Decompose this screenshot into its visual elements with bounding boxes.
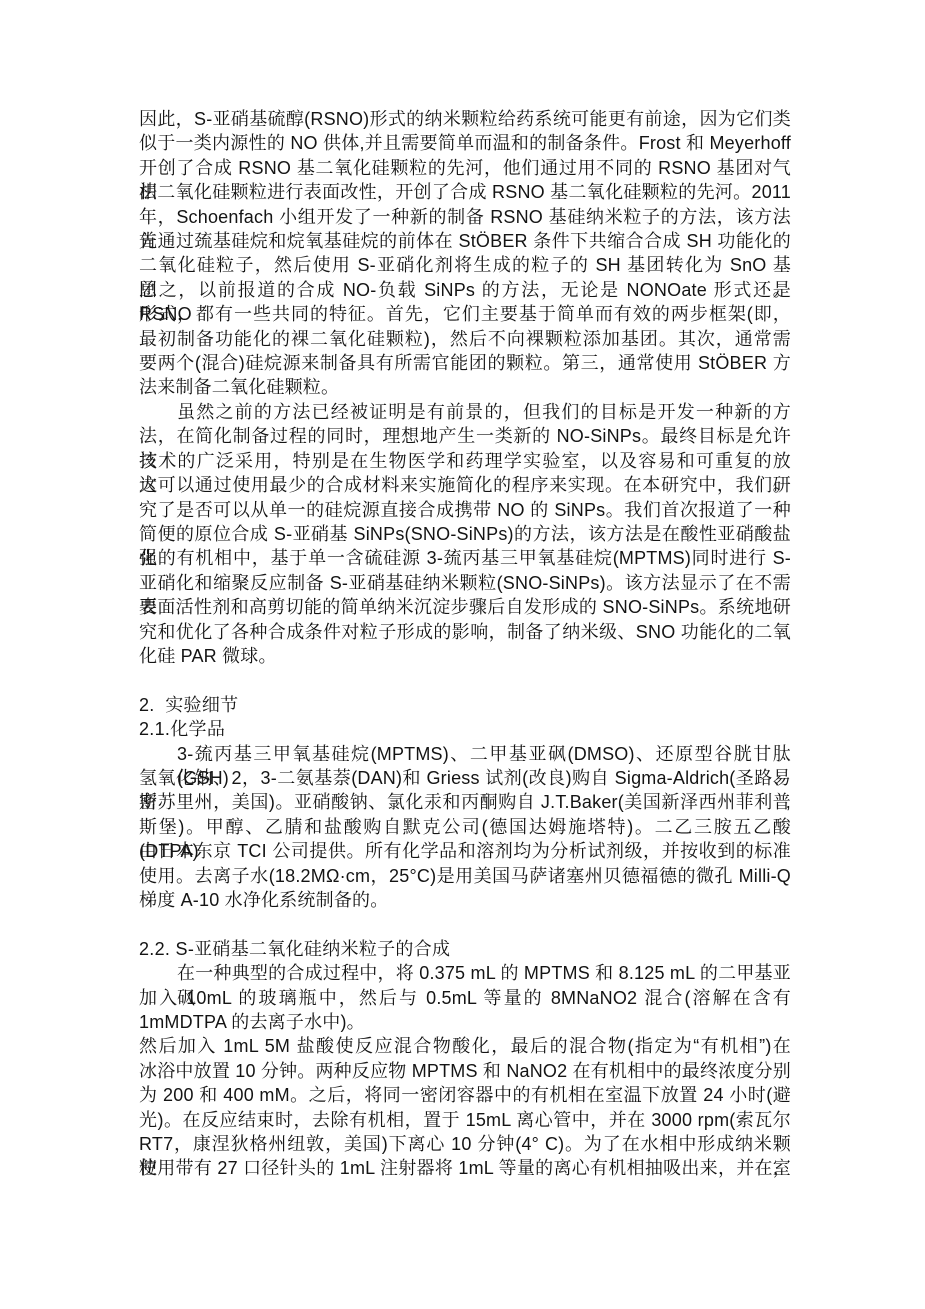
- text-line: 表面活性剂和高剪切能的简单纳米沉淀步骤后自发形成的 SNO-SiNPs。系统地研: [139, 595, 791, 619]
- text-line: 在一种典型的合成过程中，将 0.375 mL 的 MPTMS 和 8.125 m…: [139, 961, 791, 985]
- text-line: 加入 10mL 的玻璃瓶中，然后与 0.5mL 等量的 8MNaNO2 混合(溶…: [139, 986, 791, 1010]
- text-line: 然后加入 1mL 5M 盐酸使反应混合物酸化，最后的混合物(指定为“有机相”)在: [139, 1034, 791, 1058]
- text-line: 简便的原位合成 S-亚硝基 SiNPs(SNO-SiNPs)的方法，该方法是在酸…: [139, 522, 791, 546]
- text-line: 密苏里州，美国)。亚硝酸钠、氯化汞和丙酮购自 J.T.Baker(美国新泽西州菲…: [139, 790, 791, 814]
- text-line: 3-巯丙基三甲氧基硅烷(MPTMS)、二甲基亚砜(DMSO)、还原型谷胱甘肽(G…: [139, 742, 791, 766]
- text-line: 使用带有 27 口径针头的 1mL 注射器将 1mL 等量的离心有机相抽吸出来，…: [139, 1156, 791, 1180]
- text-line: 法二氧化硅颗粒进行表面改性，开创了合成 RSNO 基二氧化硅颗粒的先河。2011: [139, 180, 791, 204]
- text-line: 二氧化硅粒子，然后使用 S-亚硝化剂将生成的粒子的 SH 基团转化为 SnO 基…: [139, 253, 791, 277]
- text-line: 总之，以前报道的合成 NO-负载 SiNPs 的方法，无论是 NONOate 形…: [139, 278, 791, 302]
- text-line: 最初制备功能化的裸二氧化硅颗粒)，然后不向裸颗粒添加基团。其次，通常需: [139, 327, 791, 351]
- document-page: 因此，S-亚硝基硫醇(RSNO)形式的纳米颗粒给药系统可能更有前途，因为它们类似…: [0, 0, 925, 1309]
- text-line: 究和优化了各种合成条件对粒子形成的影响，制备了纳米级、SNO 功能化的二氧: [139, 620, 791, 644]
- text-line: 技术的广泛采用，特别是在生物医学和药理学实验室，以及容易和可重复的放大。: [139, 449, 791, 473]
- text-line: 由日本东京 TCI 公司提供。所有化学品和溶剂均为分析试剂级，并按收到的标准: [139, 839, 791, 863]
- text-line: 法来制备二氧化硅颗粒。: [139, 375, 791, 399]
- text-line: 开创了合成 RSNO 基二氧化硅颗粒的先河，他们通过用不同的 RSNO 基团对气…: [139, 156, 791, 180]
- text-line: 氢氧化钠、2，3-二氨基萘(DAN)和 Griess 试剂(改良)购自 Sigm…: [139, 766, 791, 790]
- text-line: 似于一类内源性的 NO 供体,并且需要简单而温和的制备条件。Frost 和 Me…: [139, 131, 791, 155]
- section-2-1-heading: 2.1.化学品: [139, 717, 791, 741]
- section-2-heading: 2. 实验细节: [139, 693, 791, 717]
- section-2-2-heading: 2.2. S-亚硝基二氧化硅纳米粒子的合成: [139, 937, 791, 961]
- text-line: 1mMDTPA 的去离子水中)。: [139, 1010, 791, 1034]
- text-line: 为 200 和 400 mM。之后，将同一密闭容器中的有机相在室温下放置 24 …: [139, 1083, 791, 1107]
- text-line: 究了是否可以从单一的硅烷源直接合成携带 NO 的 SiNPs。我们首次报道了一种: [139, 498, 791, 522]
- text-line: 因此，S-亚硝基硫醇(RSNO)形式的纳米颗粒给药系统可能更有前途，因为它们类: [139, 107, 791, 131]
- text-line: 梯度 A-10 水净化系统制备的。: [139, 888, 791, 912]
- text-line: 冰浴中放置 10 分钟。两种反应物 MPTMS 和 NaNO2 在有机相中的最终…: [139, 1059, 791, 1083]
- text-line: 虽然之前的方法已经被证明是有前景的，但我们的目标是开发一种新的方: [139, 400, 791, 424]
- text-line: 法，在简化制备过程的同时，理想地产生一类新的 NO-SiNPs。最终目标是允许该: [139, 424, 791, 448]
- text-line: 斯堡)。甲醇、乙腈和盐酸购自默克公司(德国达姆施塔特)。二乙三胺五乙酸(DTPA…: [139, 815, 791, 839]
- text-line: 亚硝化和缩聚反应制备 S-亚硝基硅纳米颗粒(SNO-SiNPs)。该方法显示了在…: [139, 571, 791, 595]
- blank-line: [139, 668, 791, 692]
- blank-line: [139, 912, 791, 936]
- text-line: 使用。去离子水(18.2MΩ·cm，25°C)是用美国马萨诸塞州贝德福德的微孔 …: [139, 864, 791, 888]
- text-line: 化的有机相中，基于单一含硫硅源 3-巯丙基三甲氧基硅烷(MPTMS)同时进行 S…: [139, 546, 791, 570]
- text-line: 年，Schoenfach 小组开发了一种新的制备 RSNO 基硅纳米粒子的方法，…: [139, 205, 791, 229]
- text-line: 光)。在反应结束时，去除有机相，置于 15mL 离心管中，并在 3000 rpm…: [139, 1108, 791, 1132]
- text-line: 先通过巯基硅烷和烷氧基硅烷的前体在 StÖBER 条件下共缩合合成 SH 功能化…: [139, 229, 791, 253]
- text-line: 形式，都有一些共同的特征。首先，它们主要基于简单而有效的两步框架(即，: [139, 302, 791, 326]
- text-line: 这可以通过使用最少的合成材料来实施简化的程序来实现。在本研究中，我们研: [139, 473, 791, 497]
- text-block: 因此，S-亚硝基硫醇(RSNO)形式的纳米颗粒给药系统可能更有前途，因为它们类似…: [139, 107, 791, 1181]
- text-line: 化硅 PAR 微球。: [139, 644, 791, 668]
- text-line: RT7，康涅狄格州纽敦，美国)下离心 10 分钟(4° C)。为了在水相中形成纳…: [139, 1132, 791, 1156]
- text-line: 要两个(混合)硅烷源来制备具有所需官能团的颗粒。第三，通常使用 StÖBER 方: [139, 351, 791, 375]
